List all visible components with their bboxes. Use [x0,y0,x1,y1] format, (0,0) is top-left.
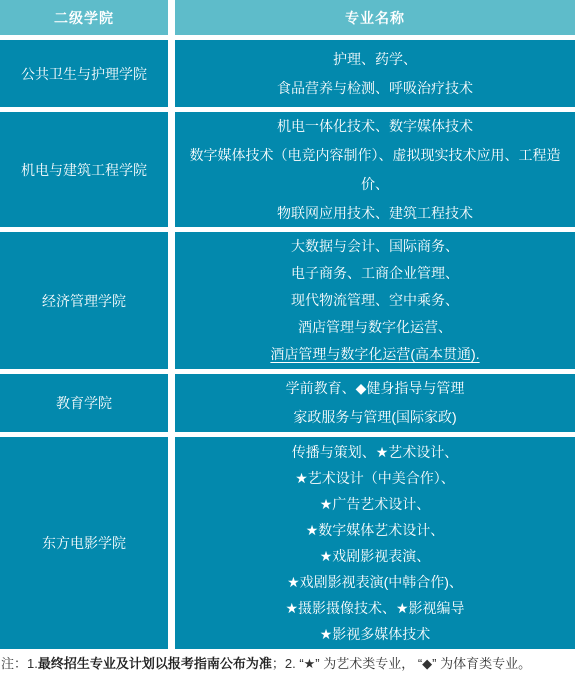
college-name: 教育学院 [56,393,112,413]
major-line: 大数据与会计、国际商务、 [291,233,459,260]
college-name: 公共卫生与护理学院 [21,64,147,84]
footnote-rest: ；2. “★” 为艺术类专业， “◆” 为体育类专业。 [272,656,531,671]
college-cell: 经济管理学院 [0,232,168,369]
college-name: 经济管理学院 [42,291,126,311]
major-line: 电子商务、工商企业管理、 [291,260,459,287]
header-major-label: 专业名称 [345,8,405,28]
majors-cell: 学前教育、◆健身指导与管理 家政服务与管理(国际家政) [175,374,575,432]
major-line: 家政服务与管理(国际家政) [293,403,456,432]
enrollment-majors-table: 二级学院 专业名称 公共卫生与护理学院 护理、药学、 食品营养与检测、呼吸治疗技… [0,0,575,649]
major-line: 机电一体化技术、数字媒体技术 [277,112,473,141]
table-row: 经济管理学院 大数据与会计、国际商务、 电子商务、工商企业管理、 现代物流管理、… [0,232,575,369]
footnote-bold-text: 最终招生专业及计划以报考指南公布为准 [38,656,272,671]
table-row: 东方电影学院 传播与策划、★艺术设计、 ★艺术设计（中美合作）、 ★广告艺术设计… [0,437,575,649]
footnote-prefix: 注：1. [1,656,38,671]
major-line: ★摄影摄像技术、★影视编导 [285,595,464,621]
major-line: 数字媒体技术（电竞内容制作）、虚拟现实技术应用、工程造价、 [179,141,571,199]
table-row: 公共卫生与护理学院 护理、药学、 食品营养与检测、呼吸治疗技术 [0,40,575,107]
major-line-underlined-link[interactable]: 酒店管理与数字化运营(高本贯通). [270,341,479,368]
college-cell: 公共卫生与护理学院 [0,40,168,107]
major-line: 食品营养与检测、呼吸治疗技术 [277,74,473,103]
college-cell: 机电与建筑工程学院 [0,112,168,227]
major-line: 物联网应用技术、建筑工程技术 [277,199,473,228]
header-major-column: 专业名称 [175,0,575,35]
majors-cell: 机电一体化技术、数字媒体技术 数字媒体技术（电竞内容制作）、虚拟现实技术应用、工… [175,112,575,227]
table-header-row: 二级学院 专业名称 [0,0,575,35]
table-row: 机电与建筑工程学院 机电一体化技术、数字媒体技术 数字媒体技术（电竞内容制作）、… [0,112,575,227]
major-line: 现代物流管理、空中乘务、 [291,287,459,314]
major-line: ★戏剧影视表演、 [320,543,431,569]
major-line: 护理、药学、 [333,45,417,74]
major-line: 酒店管理与数字化运营、 [298,314,452,341]
majors-cell: 大数据与会计、国际商务、 电子商务、工商企业管理、 现代物流管理、空中乘务、 酒… [175,232,575,369]
college-cell: 东方电影学院 [0,437,168,649]
major-line: 传播与策划、★艺术设计、 [292,439,459,465]
college-cell: 教育学院 [0,374,168,432]
header-college-column: 二级学院 [0,0,168,35]
college-name: 机电与建筑工程学院 [21,160,147,180]
major-line: ★影视多媒体技术 [320,621,431,647]
header-college-label: 二级学院 [54,8,114,28]
major-line: 学前教育、◆健身指导与管理 [286,374,465,403]
majors-cell: 护理、药学、 食品营养与检测、呼吸治疗技术 [175,40,575,107]
major-line: ★艺术设计（中美合作）、 [295,465,455,491]
majors-cell: 传播与策划、★艺术设计、 ★艺术设计（中美合作）、 ★广告艺术设计、 ★数字媒体… [175,437,575,649]
major-line: ★广告艺术设计、 [320,491,431,517]
major-line: ★数字媒体艺术设计、 [306,517,445,543]
footnote: 注：1.最终招生专业及计划以报考指南公布为准；2. “★” 为艺术类专业， “◆… [0,649,575,673]
college-name: 东方电影学院 [42,533,126,553]
major-line: ★戏剧影视表演(中韩合作)、 [287,569,463,595]
table-row: 教育学院 学前教育、◆健身指导与管理 家政服务与管理(国际家政) [0,374,575,432]
